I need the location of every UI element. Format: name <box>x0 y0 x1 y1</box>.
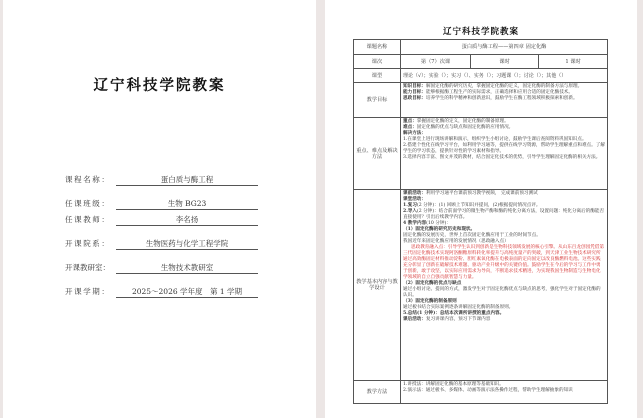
topic-value: 蛋白质与酶工程——第四章 固定化酶 <box>401 40 608 55</box>
objective-head: 知识目标： <box>403 84 426 89</box>
step-text: (2 分钟)：结合前面学习的微生物产酶和酶的纯化分离方法，设置问题：纯化分离后的… <box>403 209 604 220</box>
post-class-head: 课后活动： <box>403 317 426 322</box>
objective-text: 解固定化酶的研究历史，掌握固定化酶的定义，固定化酶的制备方法与原理。 <box>426 84 582 89</box>
cover-field-teaching-office: 开课教研室： 生物技术教研室 <box>65 262 265 278</box>
hours-value: 1 课时 <box>539 55 608 69</box>
field-value: 2025～2026 学年度 第 1 学期 <box>116 286 258 298</box>
summary-text: (1 分钟)：总结本次课所讲授的重点内容。 <box>417 311 504 316</box>
row-label: 教学目标 <box>354 83 401 118</box>
row-objectives: 教学目标 知识目标：解固定化酶的研究历史，掌握固定化酶的定义，固定化酶的制备方法… <box>354 83 608 118</box>
ideological-head: 思政教育融入点： <box>411 245 448 250</box>
post-class-text: 复习讲课内容，预习下节课内容 <box>426 317 490 322</box>
field-value: 生物 BG23 <box>116 198 258 210</box>
method-item: 3.选择内容丰富、图文并茂的教材，结合固定化技术的优势，引导学生理解固定化酶的相… <box>403 155 605 161</box>
step-text: (10 分钟)： <box>426 221 451 226</box>
pre-class-head: 课前活动： <box>403 191 426 196</box>
row-label: 课型 <box>354 69 401 83</box>
row-session: 课次 第（7）次课 课时 1 课时 <box>354 55 608 69</box>
step-head: 2.导入 <box>403 209 417 214</box>
hours-label: 课时 <box>471 55 539 69</box>
cover-field-class: 任课班级： 生物 BG23 <box>65 198 265 214</box>
cover-field-teacher: 任课教师： 李名扬 <box>65 214 265 230</box>
method-item: 2.搭建个性化在线学习平台，如利用学习通等，提供在线学习资源，帮助学生理解重点和… <box>403 143 605 155</box>
row-label: 教学基本内容与教学设计 <box>354 190 401 381</box>
difficulty-text: 固定化酶的优点与缺点和固定化酶的应用情况。 <box>417 125 513 130</box>
row-type: 课型 理论（√）；实验（）；实习（）、实务（）；习题课（）；讨论（）；其他（） <box>354 69 608 83</box>
method-line: 2.演示法：通过板书、多媒体、动画等演示法各操作过程，帮助学生理解抽象的知识 <box>403 388 605 394</box>
cover-field-department: 开课院系： 生物医药与化学工程学院 <box>65 238 265 254</box>
objective-text: 能够根据酶工程生产的实际需求，正确选择和应用合适的固定化酶技术。 <box>426 90 573 95</box>
field-value: 李名扬 <box>116 214 258 226</box>
lesson-plan-table: 课题名称 蛋白质与酶工程——第四章 固定化酶 课次 第（7）次课 课时 1 课时… <box>353 39 608 404</box>
field-value: 生物技术教研室 <box>116 262 258 274</box>
ideological-point: 思政教育融入点：引导学生认识到创新是生物科技领域发展的核心引擎。从山东百龙创园凭… <box>403 245 605 281</box>
difficulty-head: 难点： <box>403 125 417 130</box>
key-head: 重点： <box>403 119 417 124</box>
step-head: 1.复习 <box>403 203 417 208</box>
row-label: 课次 <box>354 55 401 69</box>
summary-head: 5.总结 <box>403 311 417 316</box>
objectives-content: 知识目标：解固定化酶的研究历史，掌握固定化酶的定义，固定化酶的制备方法与原理。 … <box>401 83 608 118</box>
pre-class-text: 利用学习通平台课前预习教学视频， 完成课前预习测试 <box>426 191 538 196</box>
step-head: 4 教学内容 <box>403 221 426 226</box>
field-label: 任课教师： <box>65 214 111 225</box>
lesson-plan-page: 辽宁科技学院教案 课题名称 蛋白质与酶工程——第四章 固定化酶 课次 第（7）次… <box>325 0 637 418</box>
field-label: 开课院系： <box>65 238 111 249</box>
field-value: 蛋白质与酶工程 <box>116 174 258 186</box>
type-value: 理论（√）；实验（）；实习（）、实务（）；习题课（）；讨论（）；其他（） <box>401 69 608 83</box>
ideological-text: 引导学生认识到创新是生物科技领域发展的核心引擎。从山东百龙创园凭借第三代固定化酶… <box>403 245 604 280</box>
row-methods: 教学方法 1.讲授法：讲解固定化酶的基本原理等基础知识。 2.演示法：通过板书、… <box>354 381 608 404</box>
cover-field-semester: 开课学期： 2025～2026 学年度 第 1 学期 <box>65 286 265 302</box>
section-text: 通过小组讨论、提问的方式，激发学生对于固定化酶优点与缺点的思考，强化学生对于固定… <box>403 287 605 299</box>
row-keypoints: 重点、难点及解决方法 重点：掌握固定化酶的定义，固定化酶的制备原理。 难点：固定… <box>354 118 608 190</box>
row-label: 教学方法 <box>354 381 401 404</box>
row-topic: 课题名称 蛋白质与酶工程——第四章 固定化酶 <box>354 40 608 55</box>
field-label: 课程名称： <box>65 174 111 185</box>
step-text: (2 分钟)：(1) 回顾上节知识并提问，(2)根据提问情况点评。 <box>417 203 541 208</box>
key-text: 掌握固定化酶的定义，固定化酶的制备原理。 <box>417 119 509 124</box>
keypoints-content: 重点：掌握固定化酶的定义，固定化酶的制备原理。 难点：固定化酶的优点与缺点和固定… <box>401 118 608 190</box>
objective-head: 能力目标： <box>403 90 426 95</box>
content-design: 课前活动：利用学习通平台课前预习教学视频， 完成课前预习测试 课堂活动： 1.复… <box>401 190 608 381</box>
field-label: 开课学期： <box>65 286 111 297</box>
row-content: 教学基本内容与教学设计 课前活动：利用学习通平台课前预习教学视频， 完成课前预习… <box>354 190 608 381</box>
row-label: 重点、难点及解决方法 <box>354 118 401 190</box>
field-value: 生物医药与化学工程学院 <box>116 238 258 250</box>
cover-title: 辽宁科技学院教案 <box>3 74 316 95</box>
objective-text: 培养学生的科学精神和创新意识，鼓励学生在酶工程领域积极探索和创新。 <box>426 96 578 101</box>
plan-title: 辽宁科技学院教案 <box>325 25 637 37</box>
methods-content: 1.讲授法：讲解固定化酶的基本原理等基础知识。 2.演示法：通过板书、多媒体、动… <box>401 381 608 404</box>
field-label: 开课教研室： <box>65 262 110 273</box>
cover-page: 辽宁科技学院教案 课程名称： 蛋白质与酶工程 任课班级： 生物 BG23 任课教… <box>3 0 316 418</box>
row-label: 课题名称 <box>354 40 401 55</box>
session-value: 第（7）次课 <box>401 55 471 69</box>
field-label: 任课班级： <box>65 198 111 209</box>
cover-field-course-name: 课程名称： 蛋白质与酶工程 <box>65 174 265 190</box>
objective-head: 思政目标： <box>403 96 426 101</box>
